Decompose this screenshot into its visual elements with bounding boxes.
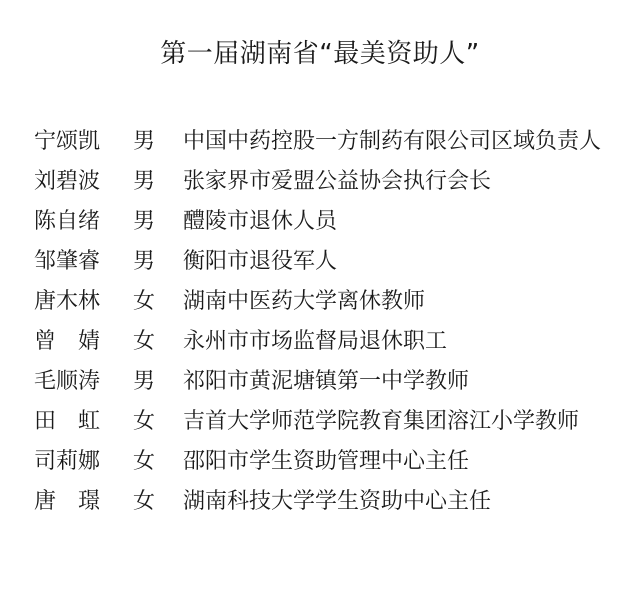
person-role: 衡阳市退役军人 bbox=[183, 242, 603, 282]
page-title: 第一届湖南省“最美资助人” bbox=[0, 36, 640, 72]
person-role: 醴陵市退休人员 bbox=[183, 202, 603, 242]
person-role: 吉首大学师范学院教育集团溶江小学教师 bbox=[183, 402, 603, 442]
person-name: 司莉娜 bbox=[34, 442, 133, 482]
honoree-list: 宁颂凯 男 中国中药控股一方制药有限公司区域负责人 刘碧波 男 张家界市爱盟公益… bbox=[34, 122, 634, 522]
list-item: 刘碧波 男 张家界市爱盟公益协会执行会长 bbox=[34, 162, 634, 202]
list-item: 曾 婧 女 永州市市场监督局退休职工 bbox=[34, 322, 634, 362]
person-name: 曾 婧 bbox=[34, 322, 133, 362]
person-name: 田 虹 bbox=[34, 402, 133, 442]
person-gender: 女 bbox=[133, 482, 183, 522]
person-gender: 女 bbox=[133, 442, 183, 482]
list-item: 唐 璟 女 湖南科技大学学生资助中心主任 bbox=[34, 482, 634, 522]
list-item: 毛顺涛 男 祁阳市黄泥塘镇第一中学教师 bbox=[34, 362, 634, 402]
person-name: 陈自绪 bbox=[34, 202, 133, 242]
list-item: 田 虹 女 吉首大学师范学院教育集团溶江小学教师 bbox=[34, 402, 634, 442]
person-name: 毛顺涛 bbox=[34, 362, 133, 402]
list-item: 邹肇睿 男 衡阳市退役军人 bbox=[34, 242, 634, 282]
person-gender: 男 bbox=[133, 162, 183, 202]
person-role: 湖南中医药大学离休教师 bbox=[183, 282, 603, 322]
person-name: 唐木林 bbox=[34, 282, 133, 322]
person-gender: 女 bbox=[133, 402, 183, 442]
person-gender: 女 bbox=[133, 322, 183, 362]
person-role: 邵阳市学生资助管理中心主任 bbox=[183, 442, 603, 482]
person-name: 宁颂凯 bbox=[34, 122, 133, 162]
person-name: 刘碧波 bbox=[34, 162, 133, 202]
person-name: 邹肇睿 bbox=[34, 242, 133, 282]
person-gender: 男 bbox=[133, 362, 183, 402]
person-name: 唐 璟 bbox=[34, 482, 133, 522]
person-gender: 男 bbox=[133, 122, 183, 162]
person-role: 湖南科技大学学生资助中心主任 bbox=[183, 482, 603, 522]
person-gender: 男 bbox=[133, 202, 183, 242]
list-item: 司莉娜 女 邵阳市学生资助管理中心主任 bbox=[34, 442, 634, 482]
person-role: 永州市市场监督局退休职工 bbox=[183, 322, 603, 362]
list-item: 唐木林 女 湖南中医药大学离休教师 bbox=[34, 282, 634, 322]
person-role: 祁阳市黄泥塘镇第一中学教师 bbox=[183, 362, 603, 402]
list-item: 宁颂凯 男 中国中药控股一方制药有限公司区域负责人 bbox=[34, 122, 634, 162]
list-item: 陈自绪 男 醴陵市退休人员 bbox=[34, 202, 634, 242]
person-role: 中国中药控股一方制药有限公司区域负责人 bbox=[183, 122, 603, 162]
person-gender: 女 bbox=[133, 282, 183, 322]
person-gender: 男 bbox=[133, 242, 183, 282]
person-role: 张家界市爱盟公益协会执行会长 bbox=[183, 162, 603, 202]
